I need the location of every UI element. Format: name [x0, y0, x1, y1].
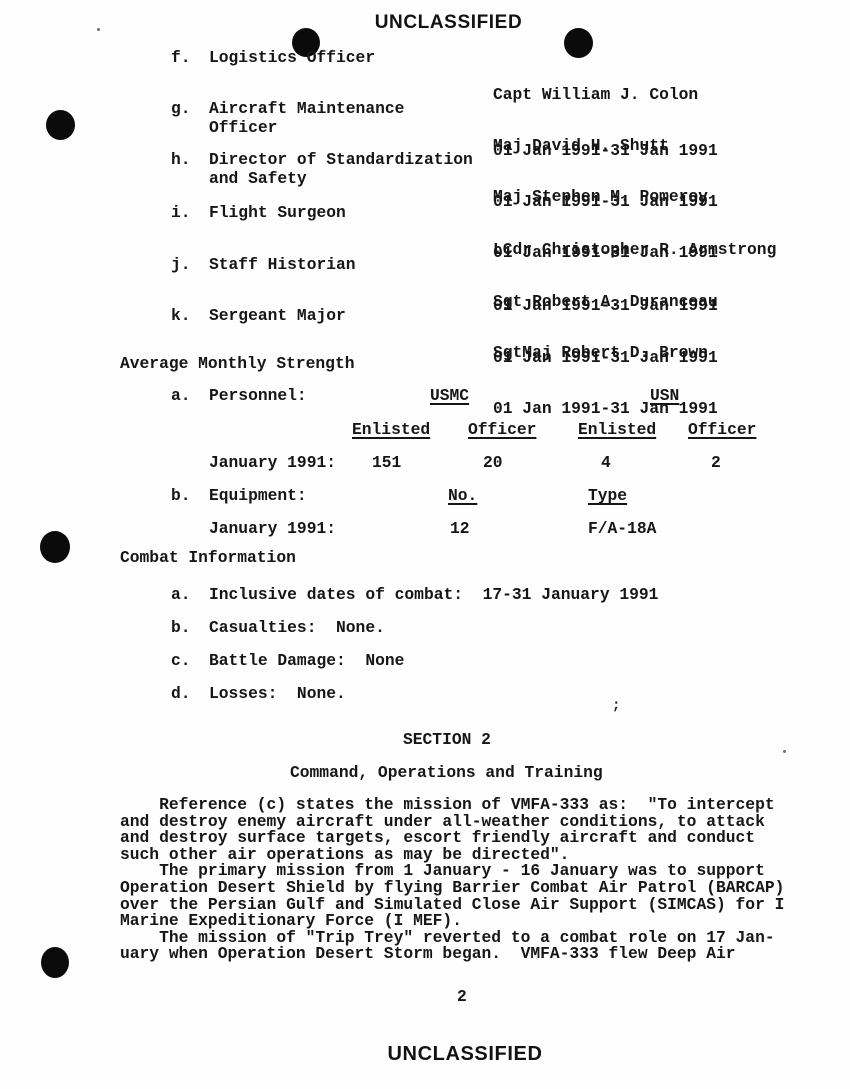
section-subheading: Command, Operations and Training — [290, 764, 603, 783]
combat-item-text: Casualties: None. — [209, 619, 385, 638]
section-body-text: Reference (c) states the mission of VMFA… — [120, 797, 784, 963]
combat-heading: Combat Information — [120, 549, 296, 568]
strength-heading: Average Monthly Strength — [120, 355, 355, 374]
officer-letter: f. — [171, 49, 191, 68]
officer-title: Director of Standardization and Safety — [209, 151, 473, 188]
stray-semicolon-mark: ; — [612, 697, 620, 716]
officer-title: Sergeant Major — [209, 307, 346, 326]
scan-speck — [783, 750, 786, 753]
scan-speck — [97, 28, 100, 31]
col-header-officer-usmc: Officer — [468, 421, 536, 440]
equipment-value-type: F/A-18A — [588, 520, 656, 539]
officer-letter: g. — [171, 100, 191, 119]
officer-title: Aircraft Maintenance Officer — [209, 100, 404, 137]
combat-item-letter: b. — [171, 619, 191, 638]
combat-item-letter: d. — [171, 685, 191, 704]
personnel-value-usmc-officer: 20 — [483, 454, 503, 473]
personnel-value-usn-officer: 2 — [711, 454, 721, 473]
personnel-value-usn-enlisted: 4 — [601, 454, 611, 473]
combat-item-text: Inclusive dates of combat: 17-31 January… — [209, 586, 658, 605]
officer-letter: h. — [171, 151, 191, 170]
col-header-enlisted-usn: Enlisted — [578, 421, 656, 440]
equipment-value-no: 12 — [450, 520, 470, 539]
scanned-document-page: UNCLASSIFIED f. Logistics Officer Capt W… — [0, 0, 850, 1089]
equipment-letter: b. — [171, 487, 191, 506]
usn-group-header: USN — [650, 387, 679, 406]
equipment-row-label: January 1991: — [209, 520, 336, 539]
officer-letter: k. — [171, 307, 191, 326]
hole-punch-dot — [41, 947, 69, 978]
personnel-value-usmc-enlisted: 151 — [372, 454, 401, 473]
col-header-enlisted-usmc: Enlisted — [352, 421, 430, 440]
officer-dates: 01 Jan 1991-31 Jan 1991 — [493, 400, 718, 419]
page-number: 2 — [457, 988, 467, 1007]
col-header-no: No. — [448, 487, 477, 506]
officer-title: Logistics Officer — [209, 49, 375, 68]
officer-title: Staff Historian — [209, 256, 356, 275]
equipment-label: Equipment: — [209, 487, 307, 506]
usmc-group-header: USMC — [430, 387, 469, 406]
col-header-type: Type — [588, 487, 627, 506]
col-header-officer-usn: Officer — [688, 421, 756, 440]
combat-item-letter: c. — [171, 652, 191, 671]
officer-title: Flight Surgeon — [209, 204, 346, 223]
combat-item-text: Losses: None. — [209, 685, 346, 704]
section-heading: SECTION 2 — [403, 731, 491, 750]
personnel-letter: a. — [171, 387, 191, 406]
classification-header: UNCLASSIFIED — [46, 12, 850, 34]
personnel-row-label: January 1991: — [209, 454, 336, 473]
combat-item-text: Battle Damage: None — [209, 652, 404, 671]
classification-footer: UNCLASSIFIED — [80, 1043, 850, 1066]
officer-letter: j. — [171, 256, 191, 275]
hole-punch-dot — [40, 531, 70, 563]
hole-punch-dot — [46, 110, 75, 140]
personnel-label: Personnel: — [209, 387, 307, 406]
combat-item-letter: a. — [171, 586, 191, 605]
officer-letter: i. — [171, 204, 191, 223]
officer-name: SgtMaj Robert D. Brown — [493, 344, 718, 363]
